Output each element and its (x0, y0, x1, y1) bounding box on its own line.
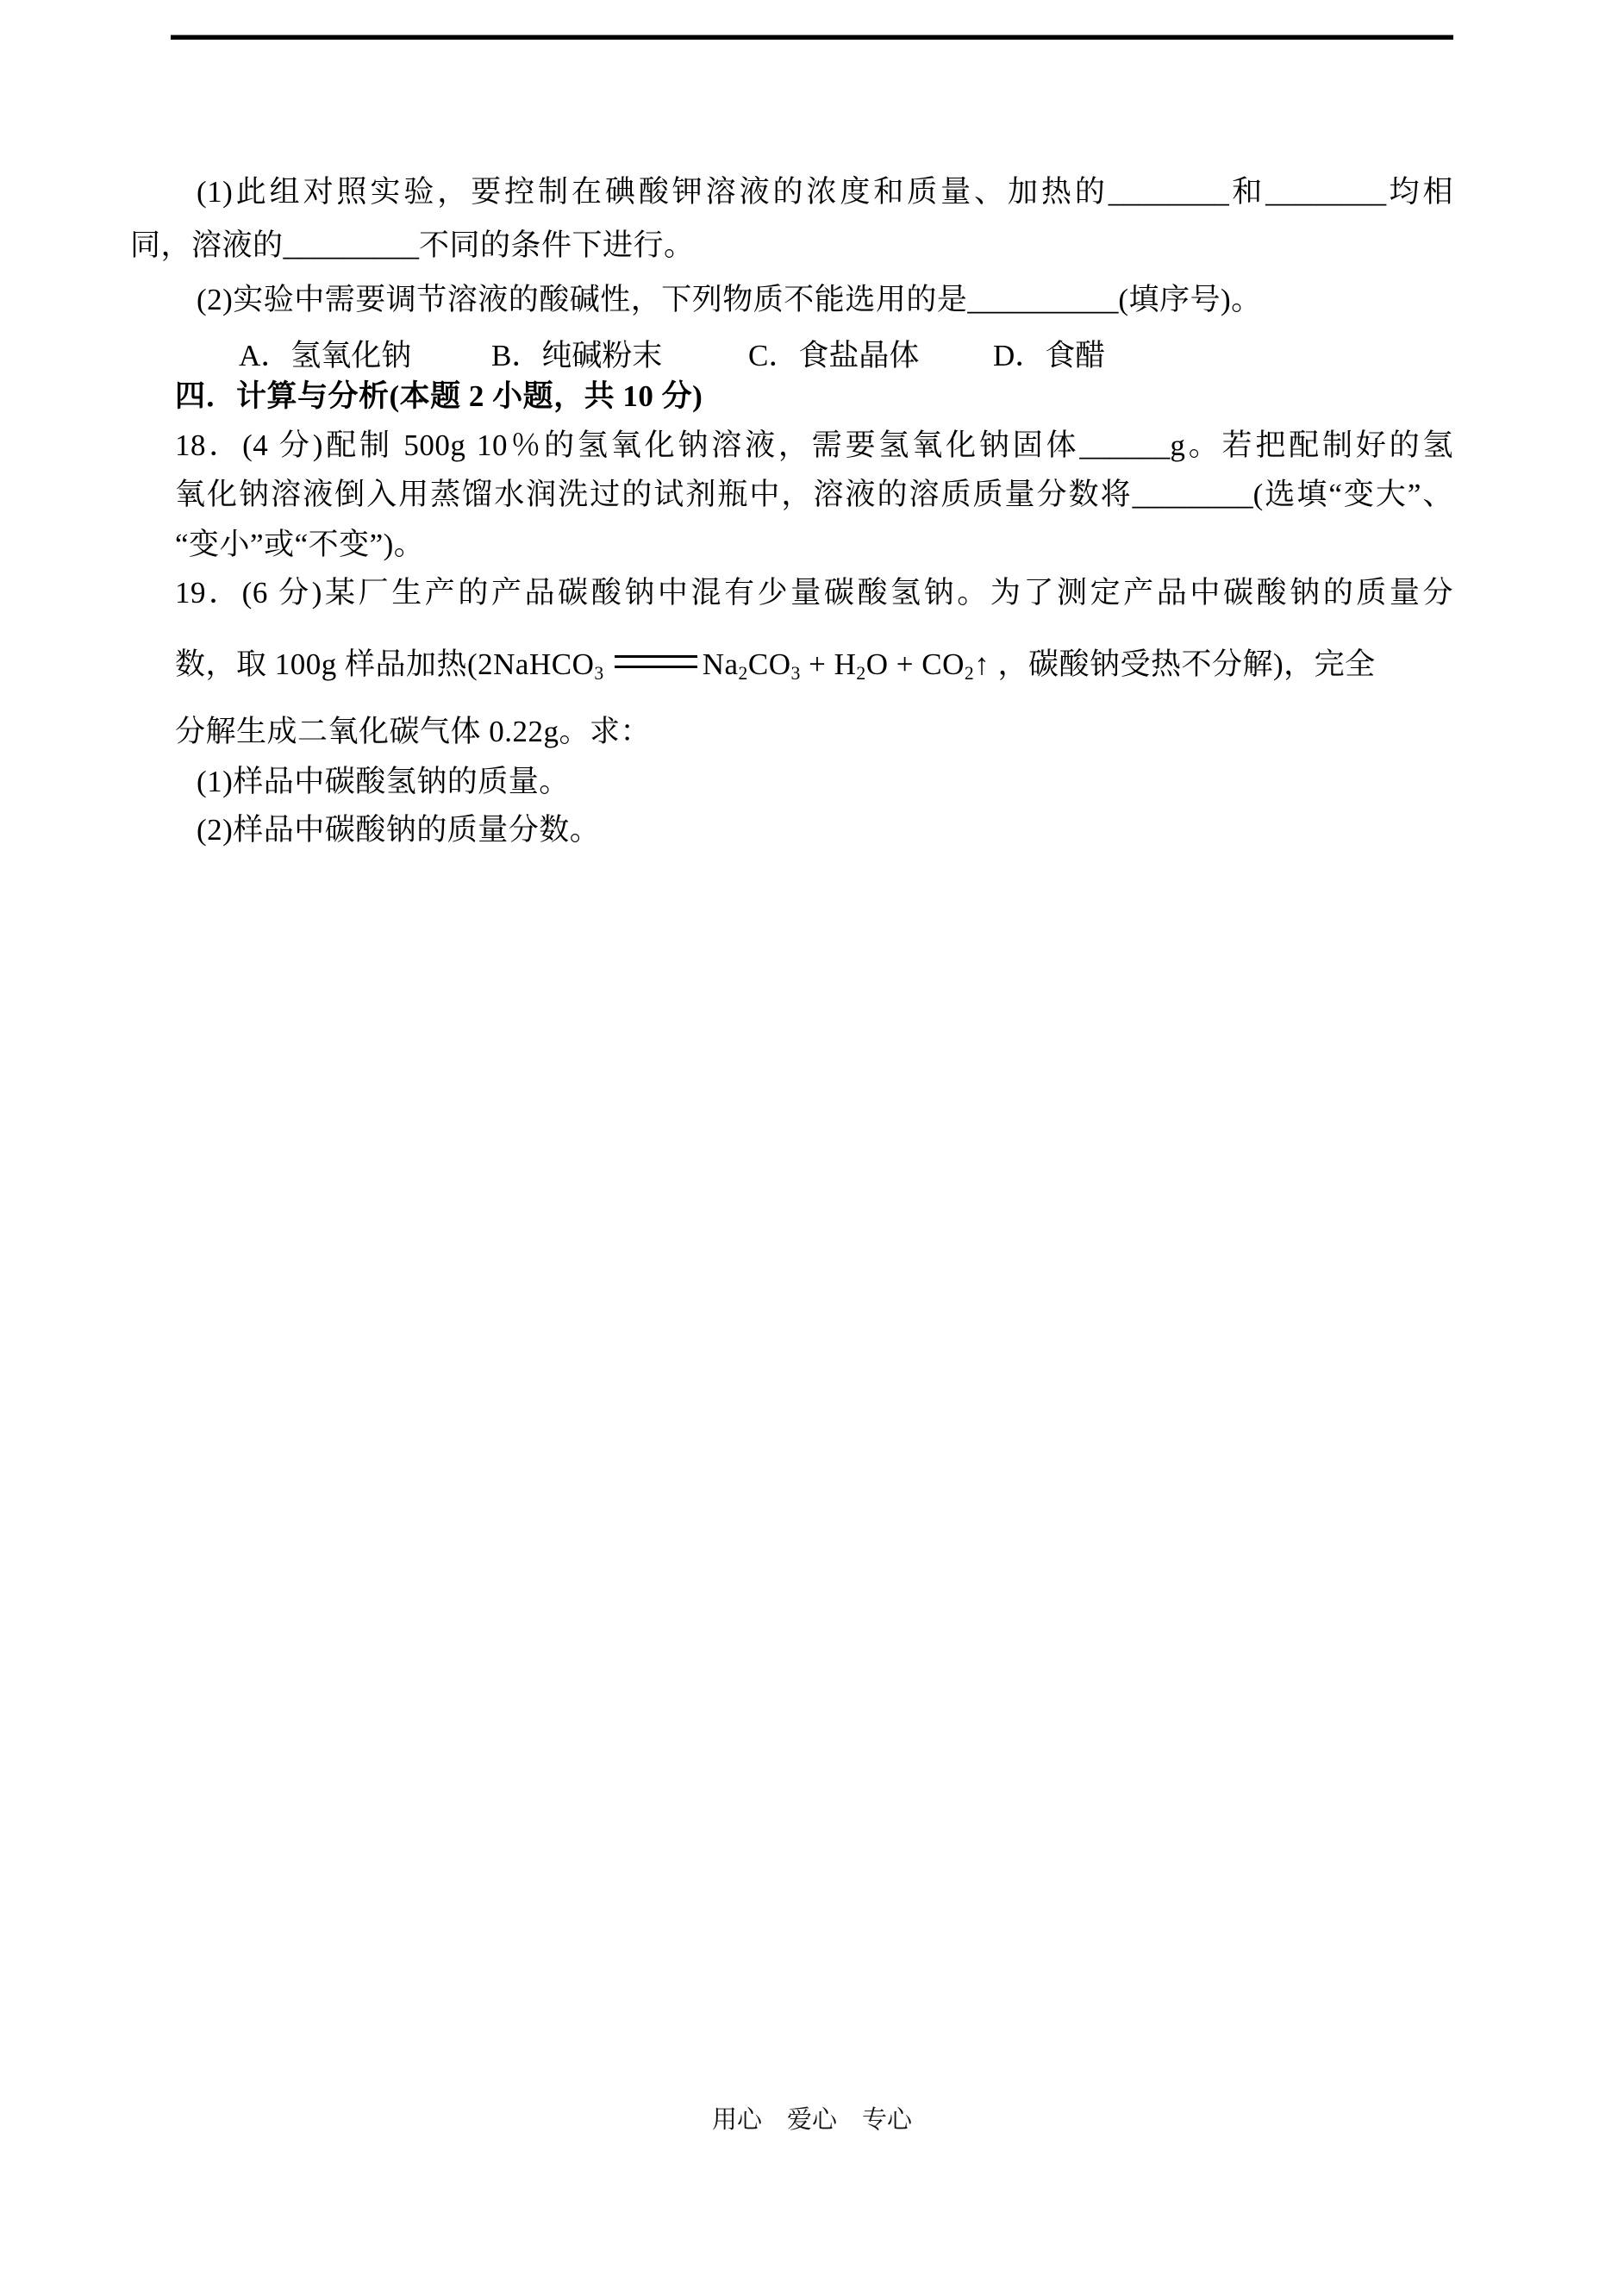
q17-part1-line2: 同，溶液的_________不同的条件下进行。 (130, 226, 695, 266)
q18-line3: “变小”或“不变”)。 (175, 525, 424, 565)
q17-part1-line2-pre: 同，溶液的 (130, 228, 284, 262)
q19-subq1: (1)样品中碳酸氢钠的质量。 (175, 762, 570, 802)
q18-line2-pre: 氧化钠溶液倒入用蒸馏水润洗过的试剂瓶中，溶液的溶质质量分数将 (175, 478, 1133, 511)
q17-part1-blank2: ________ (1265, 175, 1386, 209)
q17-part1-text-pre: (1)此组对照实验，要控制在碘酸钾溶液的浓度和质量、加热的 (197, 175, 1109, 209)
q17-part2-text-pre: (2)实验中需要调节溶液的酸碱性，下列物质不能选用的是 (197, 283, 967, 316)
option-d: D．食醋 (993, 332, 1105, 375)
q17-part1-text-end: 均相 (1386, 175, 1453, 209)
option-a: A．氢氧化钠 (239, 332, 411, 375)
q19-subq2: (2)样品中碳酸钠的质量分数。 (175, 810, 600, 850)
q19-eq-pre: 数，取 100g 样品加热(2NaHCO (175, 647, 594, 681)
q19-eq-sub5: 2 (965, 663, 974, 684)
q19-eq-sub1: 3 (594, 663, 603, 684)
option-c: C．食盐晶体 (748, 332, 919, 375)
q17-part2-text-end: (填序号)。 (1118, 283, 1261, 316)
q17-part1-blank1: ________ (1109, 175, 1229, 209)
option-b: B．纯碱粉末 (491, 332, 662, 375)
q19-line3: 分解生成二氧化碳气体 0.22g。求： (175, 712, 651, 752)
q19-eq-p2: Na (703, 647, 739, 681)
q18-line1-end: g。若把配制好的氢 (1170, 428, 1453, 462)
q17-part1-line2-end: 不同的条件下进行。 (419, 228, 695, 262)
q19-eq-sub2: 2 (739, 663, 748, 684)
q19-eq-sub3: 3 (791, 663, 801, 684)
header-rule (171, 34, 1453, 40)
q17-part2-line: (2)实验中需要调节溶液的酸碱性，下列物质不能选用的是__________(填序… (175, 280, 1262, 320)
q19-eq-p6: ↑ ，碳酸钠受热不分解)，完全 (974, 647, 1375, 681)
q18-line2-blank: ________ (1133, 478, 1253, 511)
q19-equation-line: 数，取 100g 样品加热(2NaHCO3Na2CO3 + H2O + CO2↑… (175, 645, 1376, 685)
q19-eq-sub4: 2 (856, 663, 865, 684)
exam-paper-page: (1)此组对照实验，要控制在碘酸钾溶液的浓度和质量、加热的________和__… (0, 0, 1624, 2295)
q19-eq-p4: + H (801, 647, 857, 681)
page-footer: 用心 爱心 专心 (0, 2100, 1624, 2136)
q18-line1-pre: 18．(4 分)配制 500g 10％的氢氧化钠溶液，需要氢氧化钠固体 (175, 428, 1079, 462)
q17-part1-line1: (1)此组对照实验，要控制在碘酸钾溶液的浓度和质量、加热的________和__… (175, 172, 1453, 212)
q19-line1: 19．(6 分)某厂生产的产品碳酸钠中混有少量碳酸氢钠。为了测定产品中碳酸钠的质… (175, 573, 1453, 613)
q17-options-row: A．氢氧化钠 B．纯碱粉末 C．食盐晶体 D．食醋 (0, 332, 1624, 375)
q19-eq-p5: O + CO (866, 647, 965, 681)
q18-line2-end: (选填“变大”、 (1253, 478, 1453, 511)
q18-line1: 18．(4 分)配制 500g 10％的氢氧化钠溶液，需要氢氧化钠固体_____… (175, 426, 1453, 466)
q19-eq-p3: CO (748, 647, 791, 681)
reaction-equals-icon (615, 655, 697, 668)
q17-part1-text-mid: 和 (1229, 175, 1265, 209)
q17-part1-line2-blank: _________ (284, 228, 420, 262)
q17-part2-blank: __________ (967, 283, 1118, 316)
q18-line1-blank: ______ (1079, 428, 1170, 462)
section4-title: 四．计算与分析(本题 2 小题，共 10 分) (175, 377, 703, 416)
q18-line2: 氧化钠溶液倒入用蒸馏水润洗过的试剂瓶中，溶液的溶质质量分数将________(选… (175, 475, 1453, 515)
